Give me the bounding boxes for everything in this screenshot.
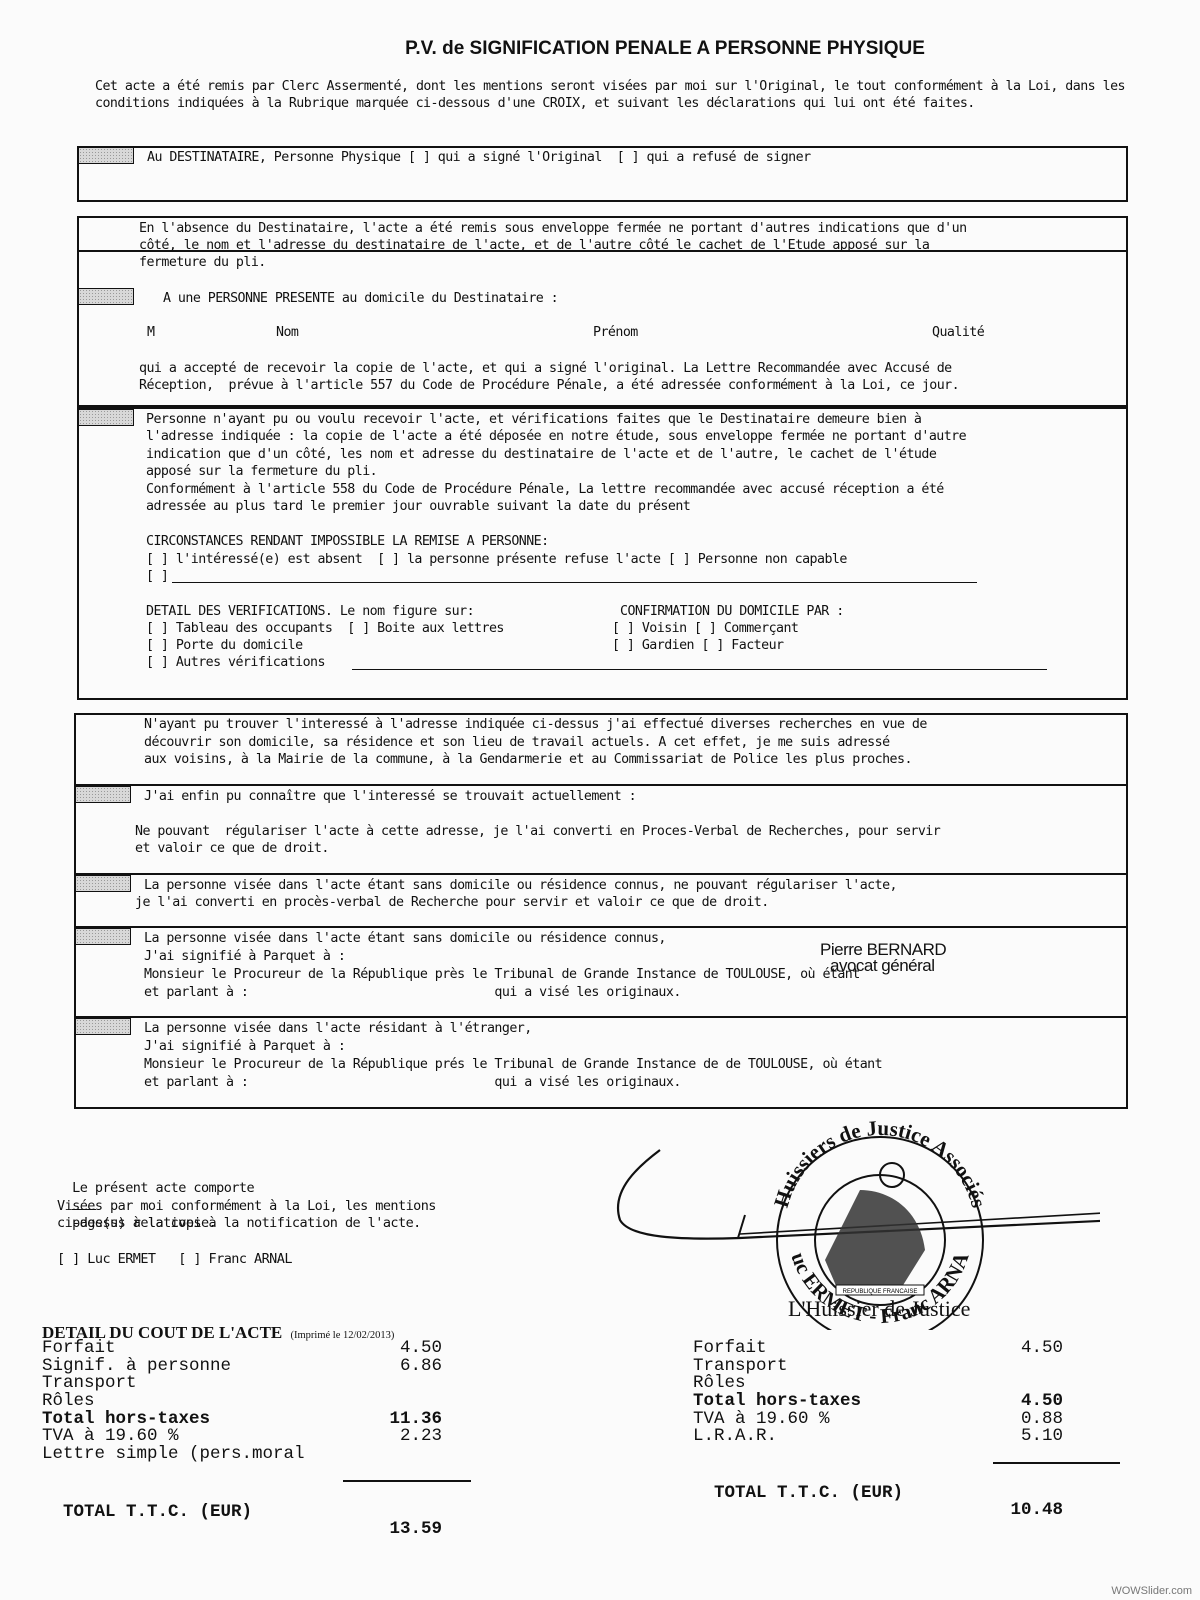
absence-line-3: fermeture du pli. [139, 254, 266, 271]
confirm-item-1[interactable]: [ ] Voisin [ ] Commerçant [612, 620, 798, 637]
column-nom: Nom [276, 324, 298, 341]
watermark: WOWSlider.com [1111, 1585, 1192, 1597]
checkbox-depot[interactable] [78, 409, 134, 426]
total-label: TOTAL T.T.C. (EUR) [63, 1502, 252, 1522]
cost-value: 2.23 [400, 1428, 442, 1446]
depot-line-2: l'adresse indiquée : la copie de l'acte … [146, 428, 966, 445]
pv-line-1: Ne pouvant régulariser l'acte à cette ad… [135, 823, 940, 840]
intro-paragraph: Cet acte a été remis par Clerc Asserment… [95, 78, 1125, 113]
total-rule [343, 1480, 471, 1482]
cost-right-table: Forfait4.50TransportRôlesTotal hors-taxe… [693, 1340, 1063, 1446]
accept-line-2: Réception, prévue à l'article 557 du Cod… [139, 377, 959, 394]
etranger-line-2: J'ai signifié à Parquet à : [144, 1038, 345, 1055]
divider [74, 926, 1128, 928]
destinataire-text: Au DESTINATAIRE, Personne Physique [ ] q… [147, 149, 811, 166]
document-title: P.V. de SIGNIFICATION PENALE A PERSONNE … [0, 38, 1200, 60]
total-value: 13.59 [389, 1521, 442, 1539]
total-label: TOTAL T.T.C. (EUR) [714, 1483, 903, 1503]
verif-item-1[interactable]: [ ] Tableau des occupants [ ] Boite aux … [146, 620, 504, 637]
cost-value: 5.10 [1021, 1428, 1063, 1446]
accept-line-1: qui a accepté de recevoir la copie de l'… [139, 360, 952, 377]
checkbox-parquet[interactable] [75, 928, 131, 945]
divider [74, 873, 1128, 875]
circonstances-title: CIRCONSTANCES RENDANT IMPOSSIBLE LA REMI… [146, 533, 549, 550]
confirm-title: CONFIRMATION DU DOMICILE PAR : [620, 603, 844, 620]
personne-presente-label: A une PERSONNE PRESENTE au domicile du D… [163, 290, 558, 307]
autres-verifications-field[interactable] [352, 669, 1047, 670]
visees-line-1: Visées par moi conformément à la Loi, le… [57, 1198, 436, 1215]
cost-left-total: TOTAL T.T.C. (EUR) 13.59 [42, 1486, 442, 1539]
absence-line-2: côté, le nom et l'adresse du destinatair… [139, 237, 929, 254]
etranger-line-4: et parlant à : qui a visé les originaux. [144, 1074, 681, 1091]
checkbox-trouve[interactable] [75, 786, 131, 803]
verif-item-2[interactable]: [ ] Porte du domicile [146, 637, 303, 654]
checkbox-destinataire[interactable] [78, 147, 134, 164]
confirm-item-2[interactable]: [ ] Gardien [ ] Facteur [612, 637, 783, 654]
cost-value: 6.86 [400, 1358, 442, 1376]
cost-row: Lettre simple (pers.moral [42, 1446, 442, 1464]
parquet-line-3: Monsieur le Procureur de la République p… [144, 966, 860, 983]
cost-left-table: Forfait4.50Signif. à personne6.86Transpo… [42, 1340, 442, 1464]
parquet-line-2: J'ai signifié à Parquet à : [144, 948, 345, 965]
visees-line-2: ci-dessus relatives à la notification de… [57, 1215, 421, 1232]
circonstances-options[interactable]: [ ] l'intéressé(e) est absent [ ] la per… [146, 551, 847, 568]
pages-prefix: Le présent acte comporte [72, 1180, 254, 1196]
circonstances-other-field[interactable] [172, 582, 977, 583]
cost-label: Lettre simple (pers.moral [42, 1444, 305, 1464]
cost-row: L.R.A.R.5.10 [693, 1428, 1063, 1446]
column-qualite: Qualité [932, 324, 984, 341]
cost-value: 4.50 [1021, 1340, 1063, 1358]
trouve-label: J'ai enfin pu connaître que l'interessé … [144, 788, 636, 805]
divider [74, 784, 1128, 786]
divider [74, 1016, 1128, 1018]
sans-domicile-line-1: La personne visée dans l'acte étant sans… [144, 877, 897, 894]
etranger-line-3: Monsieur le Procureur de la République p… [144, 1056, 882, 1073]
checkbox-etranger[interactable] [75, 1018, 131, 1035]
checkbox-sans-domicile[interactable] [75, 875, 131, 892]
verif-title: DETAIL DES VERIFICATIONS. Le nom figure … [146, 603, 474, 620]
cost-label: L.R.A.R. [693, 1426, 777, 1446]
depot-line-6: adressée au plus tard le premier jour ou… [146, 498, 690, 515]
etranger-line-1: La personne visée dans l'acte résidant à… [144, 1020, 532, 1037]
sans-domicile-line-2: je l'ai converti en procès-verbal de Rec… [135, 894, 769, 911]
cost-row: Transport [42, 1375, 442, 1393]
cost-right-total: TOTAL T.T.C. (EUR) 10.48 [693, 1467, 1063, 1520]
recherches-line-3: aux voisins, à la Mairie de la commune, … [144, 751, 912, 768]
depot-line-1: Personne n'ayant pu ou voulu recevoir l'… [146, 411, 921, 428]
column-prenom: Prénom [593, 324, 638, 341]
depot-line-5: Conformément à l'article 558 du Code de … [146, 481, 944, 498]
checkbox-personne-presente[interactable] [78, 288, 134, 305]
cost-row: Transport [693, 1358, 1063, 1376]
stamp-role: avocat général [830, 956, 935, 976]
depot-line-4: apposé sur la fermeture du pli. [146, 463, 377, 480]
absence-line-1: En l'absence du Destinataire, l'acte a é… [139, 220, 967, 237]
circonstances-other-checkbox[interactable]: [ ] [146, 568, 168, 585]
parquet-line-1: La personne visée dans l'acte étant sans… [144, 930, 666, 947]
column-m: M [147, 324, 154, 341]
parquet-line-4: et parlant à : qui a visé les originaux. [144, 984, 681, 1001]
verif-item-3[interactable]: [ ] Autres vérifications [146, 654, 325, 671]
recherches-line-1: N'ayant pu trouver l'interessé à l'adres… [144, 716, 927, 733]
svg-text:REPUBLIQUE FRANCAISE: REPUBLIQUE FRANCAISE [843, 1289, 918, 1295]
total-value: 10.48 [1010, 1502, 1063, 1520]
depot-line-3: indication que d'un côté, les nom et adr… [146, 446, 936, 463]
signature-label: L'Huissier de Justice [788, 1296, 970, 1322]
recherches-line-2: découvrir son domicile, sa résidence et … [144, 734, 890, 751]
pv-line-2: et valoir ce que de droit. [135, 840, 329, 857]
huissier-choice[interactable]: [ ] Luc ERMET [ ] Franc ARNAL [57, 1251, 292, 1268]
total-rule [993, 1462, 1120, 1464]
